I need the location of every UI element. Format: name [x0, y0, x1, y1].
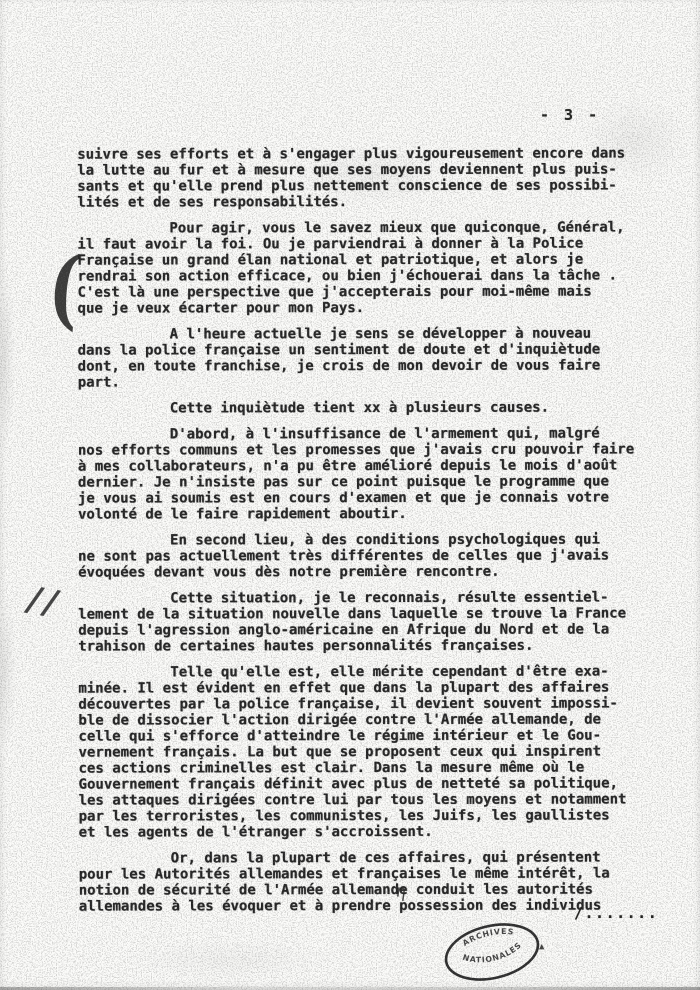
scan-blotch: [0, 560, 20, 780]
page-number: - 3 -: [540, 106, 600, 124]
scanned-document-page: - 3 - suivre ses efforts et à s'engager …: [0, 0, 700, 990]
paragraph: Cette inquiètude tient xx à plusieurs ca…: [78, 399, 678, 416]
document-body: suivre ses efforts et à s'engager plus v…: [77, 145, 679, 924]
paragraph: A l'heure actuelle je sens se développer…: [78, 325, 678, 390]
scan-blotch: [80, 930, 380, 990]
paragraph: En second lieu, à des conditions psychol…: [78, 531, 678, 580]
paragraph: D'abord, à l'insuffisance de l'armement …: [78, 425, 678, 522]
continuation-mark: /.......: [574, 904, 658, 922]
handwritten-margin-slashes: ∕∕: [21, 581, 59, 620]
paragraph: Cette situation, je le reconnais, résult…: [78, 589, 678, 654]
scan-blotch: [0, 230, 18, 490]
paragraph: Pour agir, vous le savez mieux que quico…: [77, 219, 677, 316]
paragraph: Telle qu'elle est, elle mérite cependant…: [78, 663, 678, 840]
archives-nationales-stamp-icon: ARCHIVES NATIONALES: [440, 920, 544, 984]
paragraph: suivre ses efforts et à s'engager plus v…: [77, 145, 677, 210]
